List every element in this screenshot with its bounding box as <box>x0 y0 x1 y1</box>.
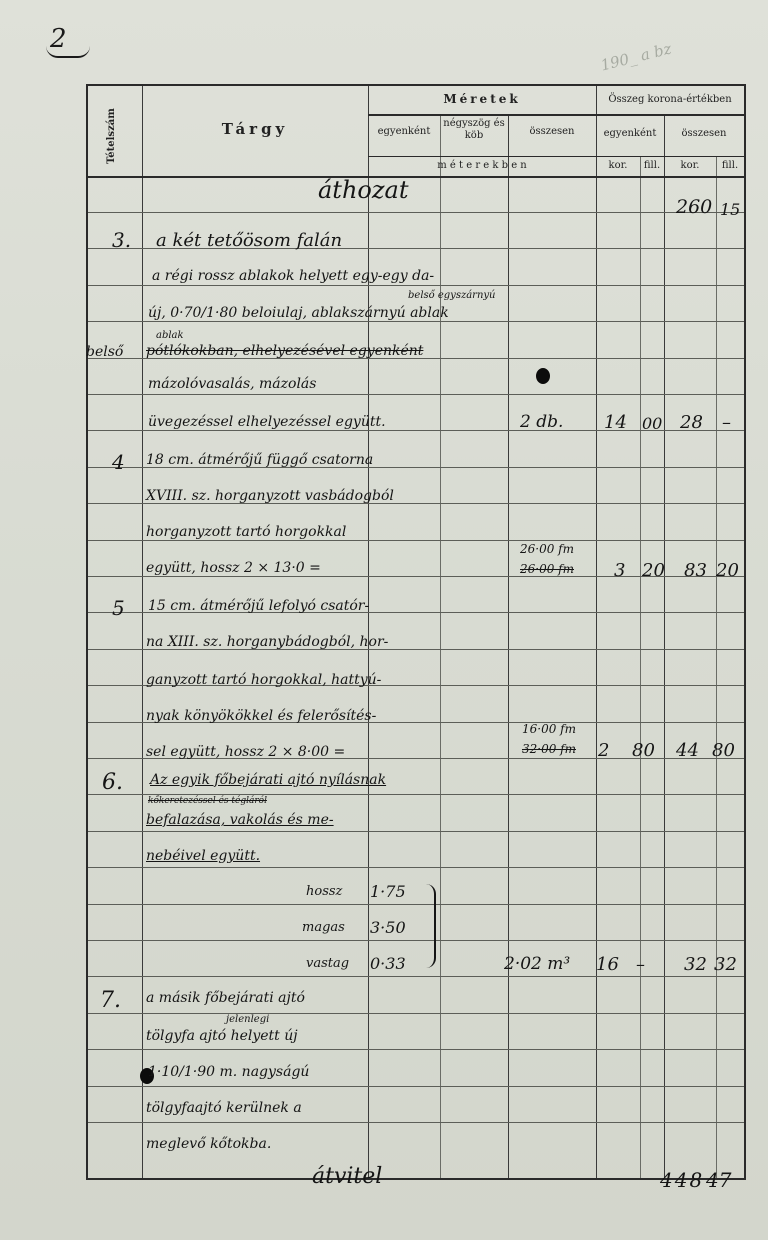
col-divider <box>596 86 597 1178</box>
row-rule <box>88 321 744 322</box>
item-6-unit-kor: 16 <box>596 954 619 975</box>
row-rule <box>88 1049 744 1050</box>
item-6-dim-value: 1·75 <box>370 882 406 901</box>
item-5-unit-fill: 80 <box>632 740 655 761</box>
item-6-line: Az egyik főbejárati ajtó nyílásnak <box>150 772 386 788</box>
col-divider <box>508 114 509 1178</box>
header-dim-total: összesen <box>508 126 596 137</box>
item-3-number: 3. <box>112 228 131 252</box>
header-dim-square-cubic: négyszög és köb <box>440 118 508 142</box>
row-rule <box>88 394 744 395</box>
col-divider <box>716 156 717 1178</box>
col-divider <box>664 114 665 1178</box>
item-6-struck-line: kőkeretezéssel és tégláról <box>148 796 267 806</box>
col-divider <box>440 114 441 1178</box>
carry-over-total: 448 <box>660 1168 704 1192</box>
item-3-insertion: ablak <box>156 330 184 341</box>
ink-blot <box>536 368 550 384</box>
item-6-dim-value: 3·50 <box>370 918 406 937</box>
row-rule <box>88 212 744 213</box>
item-4-line: horganyzott tartó horgokkal <box>146 524 346 540</box>
item-3-line-struck: pótlókokban, elhelyezésével egyenként <box>146 343 423 359</box>
header-amt-total: összesen <box>664 128 744 139</box>
header-rule <box>596 114 744 116</box>
header-dim-each: egyenként <box>368 126 440 137</box>
header-bottom-rule <box>88 176 744 178</box>
item-5-line: nyak könyökökkel és felerősítés- <box>146 708 376 724</box>
col-divider <box>142 86 143 1178</box>
item-4-unit-fill: 20 <box>642 560 665 581</box>
header-fill: fill. <box>640 160 664 171</box>
item-4-total-fill: 20 <box>716 560 739 581</box>
item-7-line: tölgyfa ajtó helyett új <box>146 1028 298 1044</box>
item-6-unit-fill: – <box>636 954 645 975</box>
item-5-total-kor: 44 <box>676 740 699 761</box>
header-amt-each: egyenként <box>596 128 664 139</box>
item-6-line: befalazása, vakolás és me- <box>146 812 334 828</box>
item-7-line: 1·10/1·90 m. nagyságú <box>148 1064 309 1080</box>
carried-forward-fill: 15 <box>720 200 740 219</box>
row-rule <box>88 285 744 286</box>
item-4-quantity-struck: 26·00 fm <box>520 562 574 576</box>
item-5-line: na XIII. sz. horganybádogból, hor- <box>146 634 388 650</box>
page-number: 2 <box>50 24 67 54</box>
item-4-unit-kor: 3 <box>614 560 625 581</box>
row-rule <box>88 976 744 977</box>
item-5-line: ganyzott tartó horgokkal, hattyú- <box>146 672 381 688</box>
row-rule <box>88 794 744 795</box>
item-6-dim-label: hossz <box>306 884 342 899</box>
item-4-line: XVIII. sz. horganyzott vasbádogból <box>146 488 394 504</box>
dimension-brace <box>426 884 436 968</box>
header-fill: fill. <box>716 160 744 171</box>
item-3-line: új, 0·70/1·80 beloiulaj, ablakszárnyú ab… <box>148 305 449 321</box>
item-6-dim-label: magas <box>302 920 345 935</box>
carry-over-label: átvitel <box>312 1164 382 1189</box>
item-5-line: 15 cm. átmérőjű lefolyó csatór- <box>148 598 369 614</box>
row-rule <box>88 1013 744 1014</box>
ledger-page: 2 190_ a bz Tételszám Tárgy Méretek egye… <box>0 0 768 1240</box>
row-rule <box>88 831 744 832</box>
item-3-unit-kor: 14 <box>604 412 627 433</box>
item-6-number: 6. <box>102 770 123 795</box>
item-5-line: sel együtt, hossz 2 × 8·00 = <box>146 744 345 760</box>
header-dimensions: Méretek <box>368 92 596 106</box>
item-3-total-kor: 28 <box>680 412 703 433</box>
carried-forward-kor: 260 <box>676 196 712 218</box>
item-7-insertion: jelenlegi <box>226 1014 269 1025</box>
item-4-line: 18 cm. átmérőjű függő csatorna <box>146 452 373 468</box>
item-6-dim-value: 0·33 <box>370 954 406 973</box>
item-5-quantity-struck: 32·00 fm <box>522 742 576 756</box>
item-5-total-fill: 80 <box>712 740 735 761</box>
item-3-unit-fill: 00 <box>642 414 662 433</box>
item-3-quantity: 2 db. <box>520 412 563 432</box>
row-rule <box>88 867 744 868</box>
header-rule <box>368 114 596 116</box>
pencil-note: 190_ a bz <box>599 40 673 75</box>
item-7-line: tölgyfaajtó kerülnek a <box>146 1100 302 1116</box>
item-5-unit-kor: 2 <box>598 740 609 761</box>
item-3-line: üvegezéssel elhelyezéssel együtt. <box>148 414 386 430</box>
item-3-line: a régi rossz ablakok helyett egy-egy da- <box>152 268 434 284</box>
header-dim-unit: m é t e r e k b e n <box>368 160 596 171</box>
carried-forward-label: áthozat <box>318 176 408 204</box>
row-rule <box>88 1122 744 1123</box>
item-4-line: együtt, hossz 2 × 13·0 = <box>146 560 321 576</box>
header-amount: Összeg korona-értékben <box>596 94 744 105</box>
item-6-line: nebéivel együtt. <box>146 848 260 864</box>
item-3-line: mázolóvasalás, mázolás <box>148 376 316 392</box>
item-4-quantity: 26·00 fm <box>520 542 574 556</box>
header-kor: kor. <box>664 160 716 171</box>
item-3-margin-note: belső <box>86 344 123 360</box>
item-6-dim-label: vastag <box>306 956 349 971</box>
item-3-insertion: belső egyszárnyú <box>408 290 496 301</box>
item-3-line: a két tetőösom falán <box>156 230 342 251</box>
item-4-number: 4 <box>112 450 125 474</box>
item-7-line: a másik főbejárati ajtó <box>146 990 305 1006</box>
item-5-number: 5 <box>112 596 125 620</box>
item-7-number: 7. <box>100 988 121 1013</box>
header-kor: kor. <box>596 160 640 171</box>
item-7-line: meglevő kőtokba. <box>146 1136 271 1152</box>
col-divider <box>640 156 641 1178</box>
item-4-total-kor: 83 <box>684 560 707 581</box>
item-5-quantity: 16·00 fm <box>522 722 576 736</box>
row-rule <box>88 1086 744 1087</box>
row-rule <box>88 940 744 941</box>
header-rule <box>368 156 744 157</box>
col-divider <box>368 86 369 1178</box>
carry-over-fill: 47 <box>706 1168 731 1192</box>
header-item-no: Tételszám <box>92 106 138 166</box>
row-rule <box>88 540 744 541</box>
header-subject: Tárgy <box>142 120 368 138</box>
item-6-total-fill: 32 <box>714 954 737 975</box>
item-3-total-fill: – <box>722 412 731 433</box>
row-rule <box>88 904 744 905</box>
item-6-total-kor: 32 <box>684 954 707 975</box>
item-6-quantity: 2·02 m³ <box>504 954 570 974</box>
